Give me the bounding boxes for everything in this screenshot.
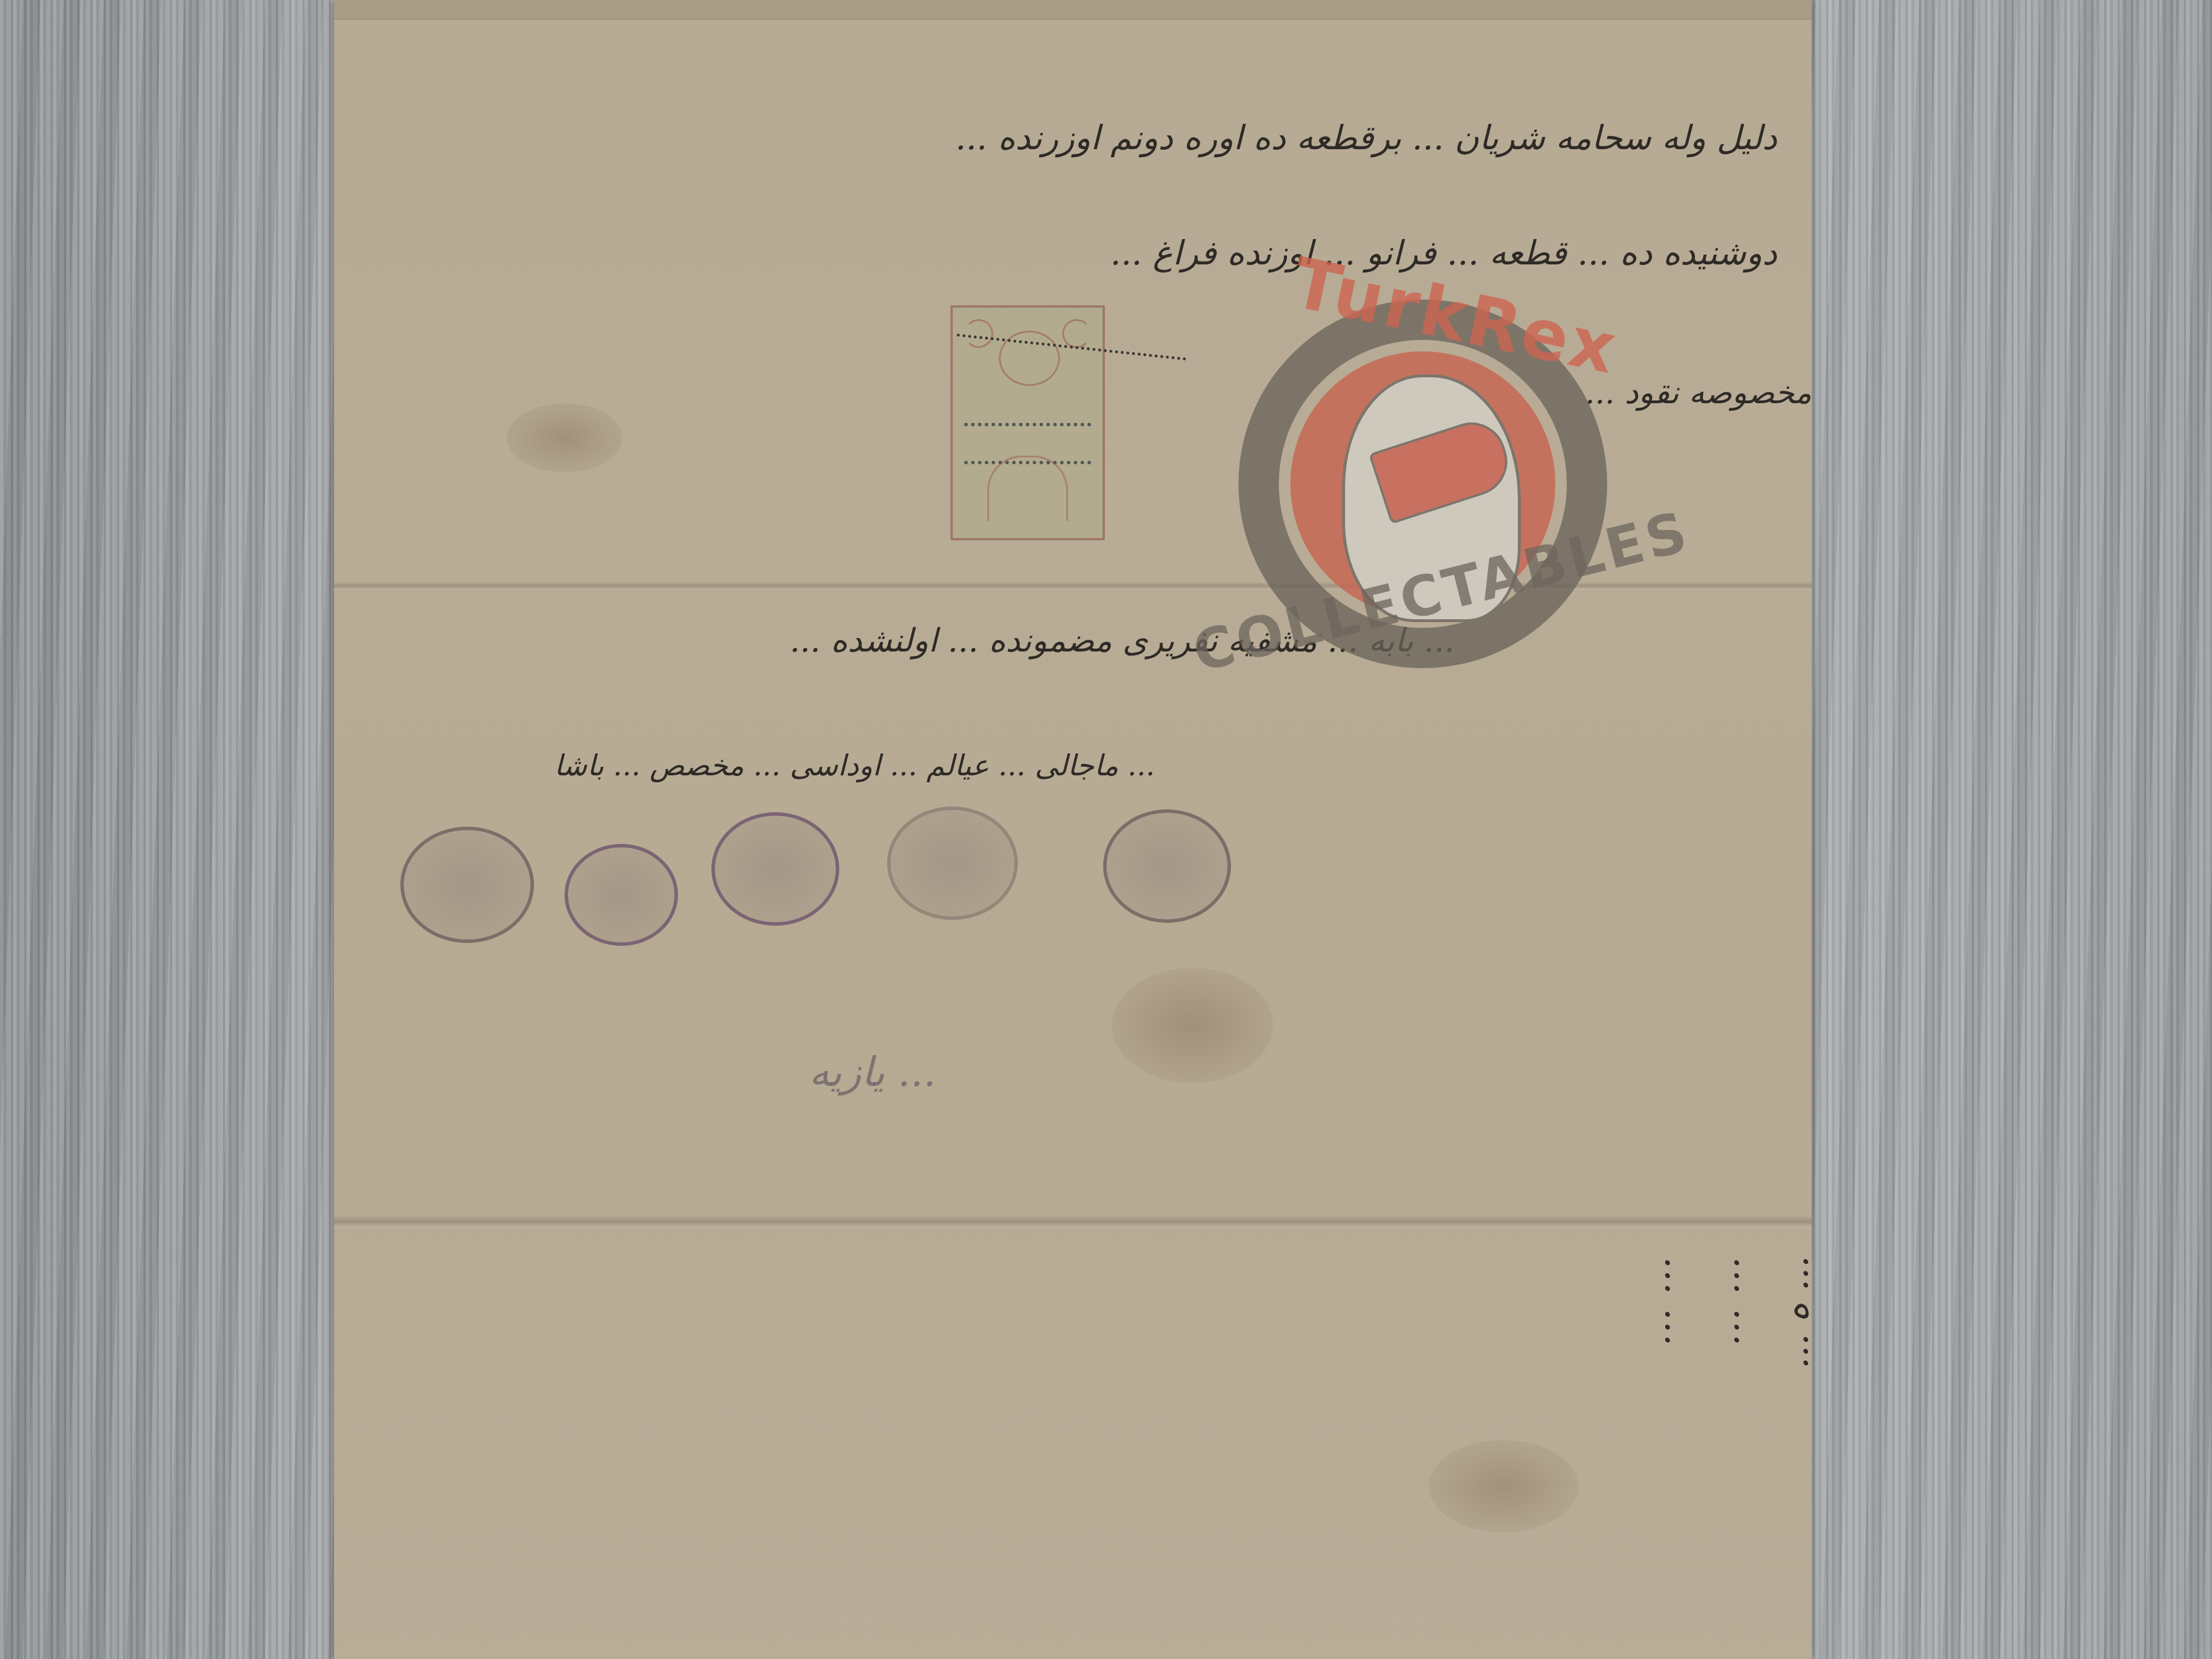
seal-1 — [400, 827, 534, 943]
side-note-line-2: ... ... — [1705, 1256, 1748, 1346]
text-line-5: ... ماجالی ... عیالم ... اوداسی ... مخصص… — [554, 749, 1155, 782]
paper-fold-lower — [334, 1215, 1812, 1228]
seal-2 — [565, 844, 678, 946]
seal-3 — [711, 812, 839, 926]
text-line-3: مخصوصه نقود ... — [1585, 374, 1812, 411]
paper-top-flap — [334, 0, 1812, 20]
faint-annotation: ... یازیه — [809, 1048, 936, 1096]
side-note-line-1: ... ه ... — [1774, 1256, 1817, 1369]
stamp-arch-ornament — [987, 456, 1068, 521]
crescent-icon — [1062, 319, 1091, 348]
text-line-1: دلیل وله سحامه شریان ... برقطعه ده اوره … — [955, 118, 1777, 157]
crescent-icon — [964, 319, 993, 348]
text-line-2: دوشنیده ده ... قطعه ... فرانو ... اوزنده… — [1110, 233, 1777, 272]
side-note: ... ه ... ... ... ... ... — [1371, 1233, 1774, 1636]
seal-5 — [1103, 809, 1231, 923]
water-stain — [507, 403, 622, 472]
seal-4 — [887, 806, 1018, 920]
side-note-line-3: ... ... — [1636, 1256, 1679, 1346]
water-stain — [1112, 968, 1273, 1083]
